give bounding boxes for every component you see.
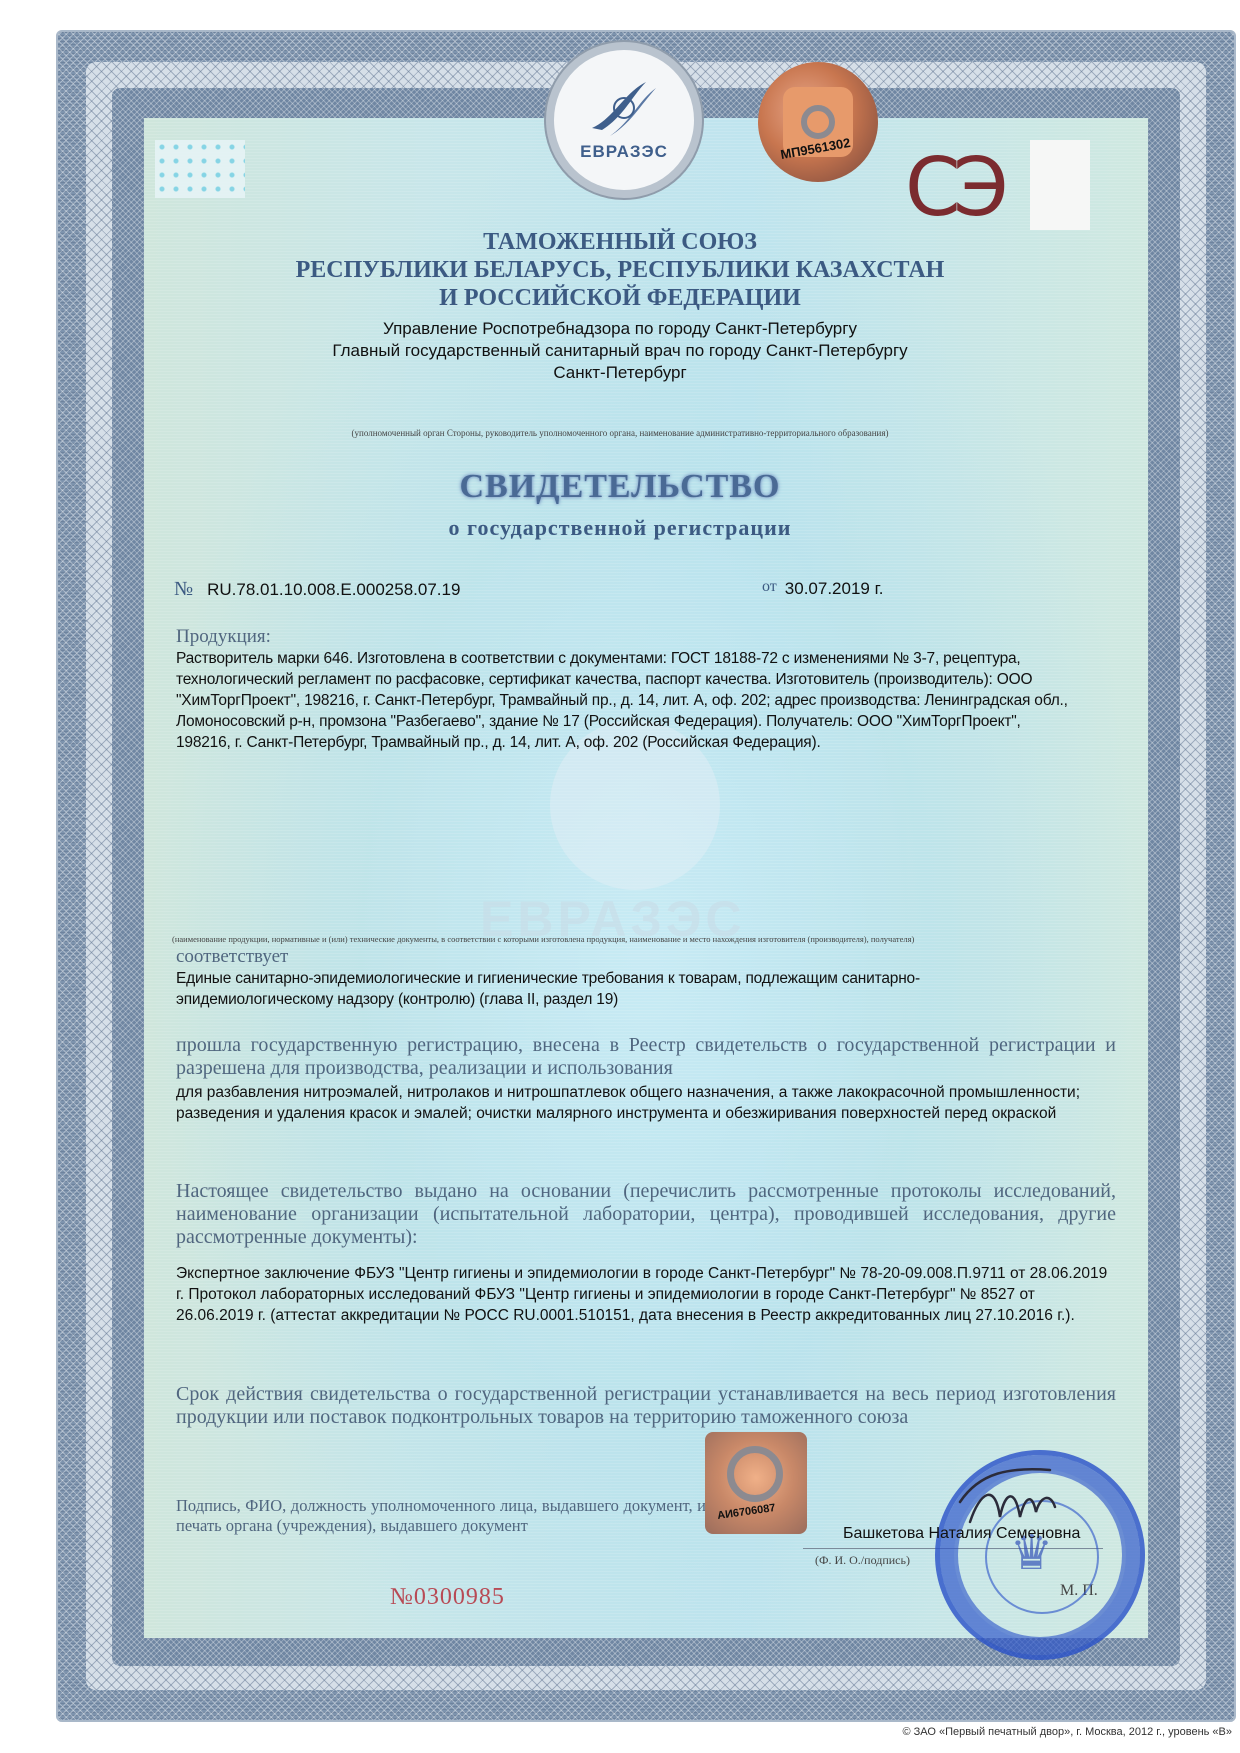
- signature-caption: (Ф. И. О./подпись): [815, 1553, 910, 1568]
- authority-line-2: Главный государственный санитарный врач …: [0, 340, 1240, 362]
- certificate-content: ТАМОЖЕННЫЙ СОЮЗ РЕСПУБЛИКИ БЕЛАРУСЬ, РЕС…: [0, 0, 1240, 1753]
- product-caption: (наименование продукции, нормативные и (…: [172, 934, 1102, 944]
- issuing-authority: Управление Роспотребнадзора по городу Са…: [0, 318, 1240, 384]
- union-title: ТАМОЖЕННЫЙ СОЮЗ РЕСПУБЛИКИ БЕЛАРУСЬ, РЕС…: [0, 228, 1240, 312]
- conformity-requirements: Единые санитарно-эпидемиологические и ги…: [176, 968, 1076, 1010]
- product-usage: для разбавления нитроэмалей, нитролаков …: [176, 1082, 1116, 1124]
- registration-date: 30.07.2019 г.: [785, 579, 884, 598]
- registration-number: RU.78.01.10.008.Е.000258.07.19: [207, 580, 460, 599]
- conformity-label: соответствует: [176, 946, 1076, 968]
- validity-section: Срок действия свидетельства о государств…: [176, 1383, 1116, 1429]
- conformity-section: соответствует Единые санитарно-эпидемиол…: [176, 946, 1076, 1010]
- authority-line-1: Управление Роспотребнадзора по городу Са…: [0, 318, 1240, 340]
- product-description: Растворитель марки 646. Изготовлена в со…: [176, 648, 1076, 753]
- product-label: Продукция:: [176, 626, 1076, 648]
- signature-label: Подпись, ФИО, должность уполномоченного …: [176, 1496, 706, 1536]
- registration-statement-section: прошла государственную регистрацию, внес…: [176, 1034, 1116, 1124]
- registration-date-row: от30.07.2019 г.: [762, 578, 883, 599]
- union-line-3: И РОССИЙСКОЙ ФЕДЕРАЦИИ: [0, 284, 1240, 312]
- basis-statement: Настоящее свидетельство выдано на основа…: [176, 1180, 1116, 1249]
- hologram-bottom-code: АИ6706087: [716, 1502, 776, 1522]
- basis-documents: Экспертное заключение ФБУЗ "Центр гигиен…: [176, 1263, 1116, 1326]
- authority-caption: (уполномоченный орган Стороны, руководит…: [0, 428, 1240, 438]
- registration-number-row: №RU.78.01.10.008.Е.000258.07.19: [174, 578, 460, 601]
- union-line-1: ТАМОЖЕННЫЙ СОЮЗ: [0, 228, 1240, 256]
- handwritten-signature-icon: [940, 1462, 1090, 1532]
- authority-line-3: Санкт-Петербург: [0, 362, 1240, 384]
- document-title: СВИДЕТЕЛЬСТВО: [0, 468, 1240, 506]
- date-prefix: от: [762, 578, 777, 595]
- basis-section: Настоящее свидетельство выдано на основа…: [176, 1180, 1116, 1326]
- hologram-emblem-icon: [727, 1446, 783, 1502]
- number-symbol: №: [174, 578, 193, 600]
- product-section: Продукция: Растворитель марки 646. Изгот…: [176, 626, 1076, 753]
- validity-statement: Срок действия свидетельства о государств…: [176, 1383, 1116, 1429]
- hologram-sticker-bottom: АИ6706087: [705, 1432, 807, 1534]
- registration-statement: прошла государственную регистрацию, внес…: [176, 1034, 1116, 1080]
- union-line-2: РЕСПУБЛИКИ БЕЛАРУСЬ, РЕСПУБЛИКИ КАЗАХСТА…: [0, 256, 1240, 284]
- document-subtitle: о государственной регистрации: [0, 515, 1240, 541]
- serial-number: №0300985: [390, 1584, 505, 1611]
